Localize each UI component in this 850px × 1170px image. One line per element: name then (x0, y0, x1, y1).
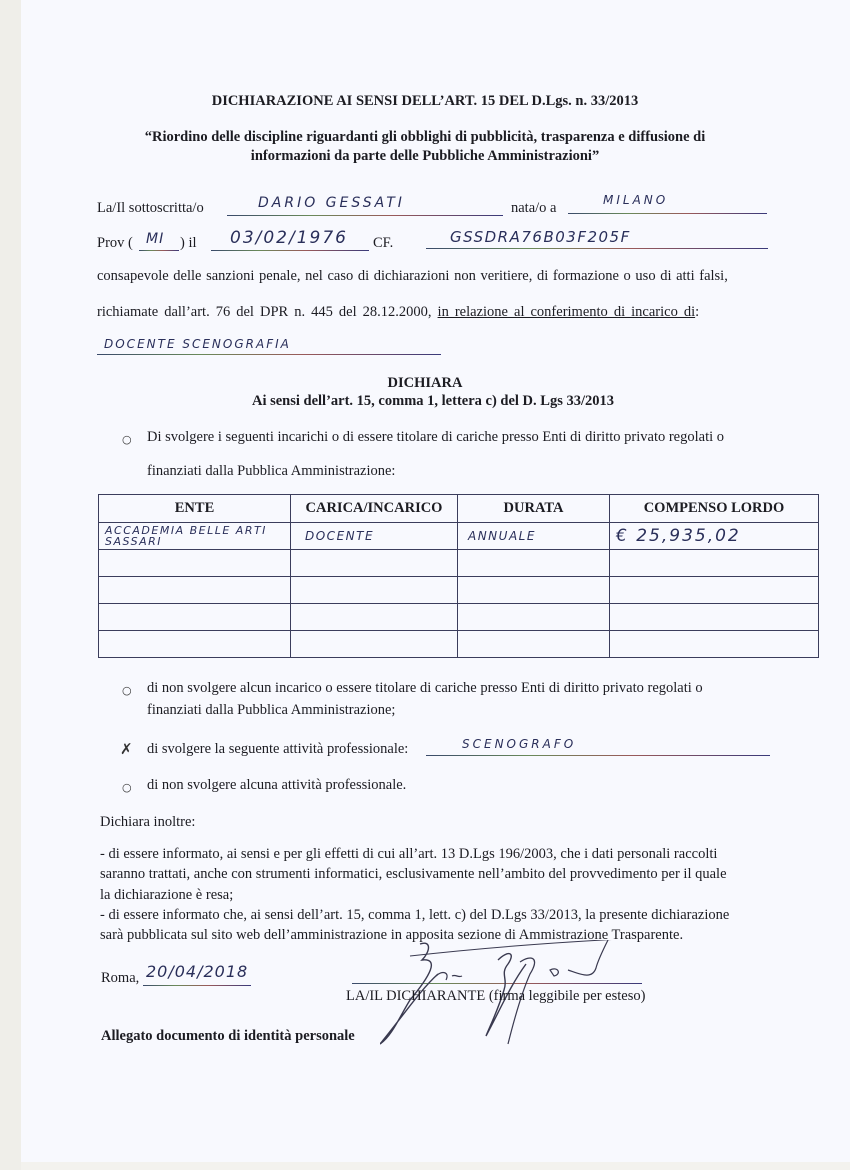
scan-edge-left (0, 0, 21, 1170)
document-title: DICHIARAZIONE AI SENSI DELL’ART. 15 DEL … (0, 93, 850, 110)
name-field-line (227, 215, 503, 216)
date-field[interactable]: 20/04/2018 (146, 962, 248, 981)
subtitle-line-2: informazioni da parte delle Pubbliche Am… (0, 147, 850, 166)
intro-line-2: richiamate dall’art. 76 del DPR n. 445 d… (97, 304, 699, 321)
birthdate-field[interactable]: 03/02/1976 (230, 228, 348, 248)
dichiara-subheading: Ai sensi dell’art. 15, comma 1, lettera … (0, 393, 850, 410)
header-durata: DURATA (458, 495, 610, 523)
option-2-radio[interactable]: ○ (122, 684, 132, 697)
signature-caption: LA/IL DICHIARANTE (firma leggibile per e… (346, 988, 645, 1005)
attachment-note: Allegato documento di identità personale (101, 1028, 355, 1045)
option-1-line-1: Di svolgere i seguenti incarichi o di es… (147, 429, 724, 446)
cell-ente[interactable]: ACCADEMIA BELLE ARTI SASSARI (99, 523, 291, 550)
option-2-line-1: di non svolgere alcun incarico o essere … (147, 680, 703, 697)
table-row (99, 631, 819, 658)
table-row (99, 604, 819, 631)
incarico-field[interactable]: DOCENTE SCENOGRAFIA (104, 337, 291, 351)
prov-label: Prov ( (97, 235, 133, 252)
cell-durata[interactable] (458, 604, 610, 631)
cell-carica[interactable] (291, 631, 458, 658)
incarico-field-line (97, 354, 441, 355)
birthdate-field-line (211, 250, 369, 251)
cell-durata[interactable] (458, 631, 610, 658)
prov-field[interactable]: MI (146, 231, 164, 247)
header-compenso: COMPENSO LORDO (610, 495, 819, 523)
option-3-line-1: di svolgere la seguente attività profess… (147, 741, 408, 758)
option-3-checkbox-checked[interactable]: ✗ (120, 740, 133, 758)
place-label: Roma, (101, 970, 139, 987)
birthplace-label: nata/o a (511, 200, 557, 217)
scan-edge-bottom (21, 1162, 850, 1170)
option-1-radio[interactable]: ○ (122, 433, 132, 446)
table-header-row: ENTE CARICA/INCARICO DURATA COMPENSO LOR… (99, 495, 819, 523)
subtitle-line-1: “Riordino delle discipline riguardanti g… (0, 128, 850, 147)
option-4-line-1: di non svolgere alcuna attività professi… (147, 777, 406, 794)
cell-carica[interactable] (291, 604, 458, 631)
inoltre-p1-line-1: - di essere informato, ai sensi e per gl… (100, 846, 717, 863)
name-label: La/Il sottoscritta/o (97, 200, 204, 217)
cell-carica[interactable]: DOCENTE (291, 523, 458, 550)
cell-durata[interactable]: ANNUALE (458, 523, 610, 550)
intro-line-1: consapevole delle sanzioni penale, nel c… (97, 268, 728, 285)
cell-compenso[interactable]: € 25,935,02 (610, 523, 819, 550)
intro-line-2-underlined: in relazione al conferimento di incarico… (438, 304, 696, 320)
cell-ente[interactable] (99, 550, 291, 577)
cell-durata[interactable] (458, 577, 610, 604)
table-row (99, 550, 819, 577)
cell-ente[interactable] (99, 604, 291, 631)
birthplace-field-line (568, 213, 767, 214)
option-1-line-2: finanziati dalla Pubblica Amministrazion… (147, 463, 395, 480)
inoltre-p2-line-1: - di essere informato che, ai sensi dell… (100, 907, 729, 924)
header-carica: CARICA/INCARICO (291, 495, 458, 523)
cf-field-line (426, 248, 768, 249)
option-2-line-2: finanziati dalla Pubblica Amministrazion… (147, 702, 395, 719)
header-ente: ENTE (99, 495, 291, 523)
option-4-radio[interactable]: ○ (122, 781, 132, 794)
cell-compenso[interactable] (610, 577, 819, 604)
intro-line-2-suffix: : (695, 304, 699, 320)
cell-compenso[interactable] (610, 631, 819, 658)
birthplace-field[interactable]: MILANO (603, 193, 668, 207)
intro-line-2-prefix: richiamate dall’art. 76 del DPR n. 445 d… (97, 304, 438, 320)
prov-field-line (139, 250, 179, 251)
attivita-field[interactable]: SCENOGRAFO (462, 737, 576, 751)
inoltre-heading: Dichiara inoltre: (100, 814, 195, 831)
cf-field[interactable]: GSSDRA76B03F205F (450, 228, 631, 246)
cell-durata[interactable] (458, 550, 610, 577)
cell-ente[interactable] (99, 577, 291, 604)
document-subtitle: “Riordino delle discipline riguardanti g… (0, 128, 850, 166)
cell-compenso[interactable] (610, 604, 819, 631)
table-row (99, 577, 819, 604)
incarichi-table: ENTE CARICA/INCARICO DURATA COMPENSO LOR… (98, 494, 819, 658)
birthdate-label: ) il (180, 235, 197, 252)
dichiara-heading: DICHIARA (0, 375, 850, 392)
table-row: ACCADEMIA BELLE ARTI SASSARI DOCENTE ANN… (99, 523, 819, 550)
name-field[interactable]: DARIO GESSATI (258, 195, 405, 211)
inoltre-p1-line-3: la dichiarazione è resa; (100, 887, 233, 904)
attivita-field-line (426, 755, 770, 756)
cf-label: CF. (373, 235, 393, 252)
cell-compenso[interactable] (610, 550, 819, 577)
cell-ente[interactable] (99, 631, 291, 658)
cell-carica[interactable] (291, 577, 458, 604)
date-field-line (143, 985, 251, 986)
cell-carica[interactable] (291, 550, 458, 577)
inoltre-p1-line-2: saranno trattati, anche con strumenti in… (100, 866, 727, 883)
